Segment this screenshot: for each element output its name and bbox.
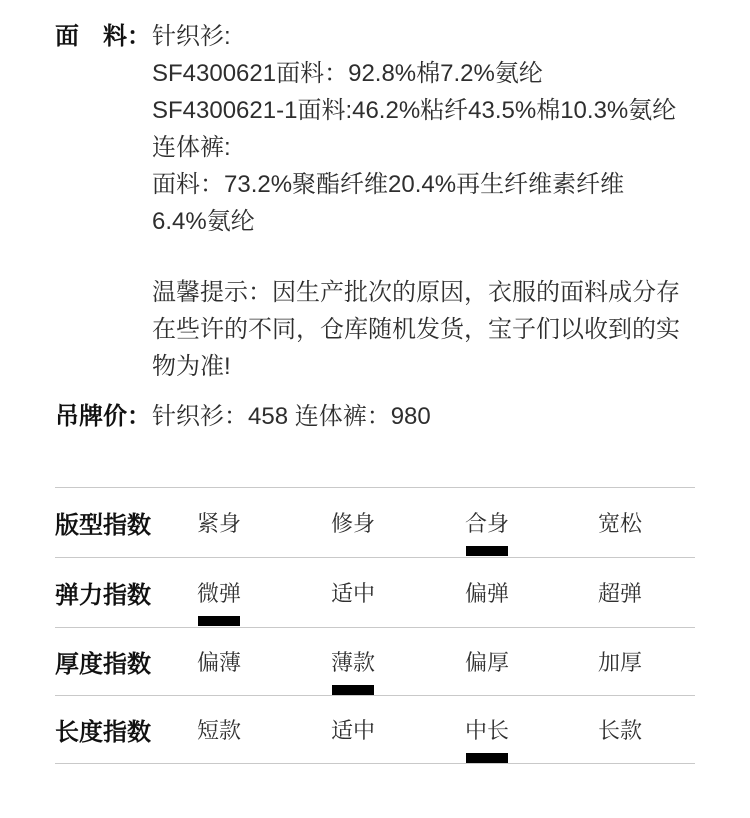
index-row-elasticity: 弹力指数 微弹 适中 偏弹 超弹 bbox=[55, 558, 695, 628]
row-label: 弹力指数 bbox=[55, 575, 197, 610]
tag-price-value: 针织衫：458 连体裤：980 bbox=[152, 398, 695, 435]
index-row-length: 长度指数 短款 适中 中长 长款 bbox=[55, 696, 695, 764]
selected-indicator-bar bbox=[466, 546, 508, 556]
selected-indicator-bar bbox=[332, 685, 374, 695]
option-cell: 紧身 bbox=[197, 507, 241, 538]
fabric-line: SF4300621面料：92.8%棉7.2%氨纶 bbox=[152, 55, 695, 92]
option-cell: 中长 bbox=[465, 714, 509, 745]
fabric-line: SF4300621-1面料:46.2%粘纤43.5%棉10.3%氨纶 bbox=[152, 92, 695, 129]
option-label: 修身 bbox=[331, 511, 375, 536]
option-cell: 微弹 bbox=[197, 577, 241, 608]
option-cell: 薄款 bbox=[331, 646, 375, 677]
notice-line: 在些许的不同，仓库随机发货，宝子们以收到的实 bbox=[152, 311, 695, 348]
row-label: 长度指数 bbox=[55, 712, 197, 747]
fabric-line: 针织衫: bbox=[152, 18, 695, 55]
option-cell: 偏厚 bbox=[465, 646, 509, 677]
option-label: 超弹 bbox=[598, 581, 642, 606]
option-cell: 修身 bbox=[331, 507, 375, 538]
notice-block: 温馨提示：因生产批次的原因，衣服的面料成分存 在些许的不同，仓库随机发货，宝子们… bbox=[152, 274, 695, 385]
fabric-line: 面料：73.2%聚酯纤维20.4%再生纤维素纤维 bbox=[152, 166, 695, 203]
option-cell: 偏弹 bbox=[465, 577, 509, 608]
option-label: 宽松 bbox=[598, 511, 642, 536]
option-cell: 合身 bbox=[465, 507, 509, 538]
selected-indicator-bar bbox=[466, 753, 508, 763]
option-label: 偏弹 bbox=[465, 581, 509, 606]
row-label: 版型指数 bbox=[55, 505, 197, 540]
option-label: 长款 bbox=[598, 718, 642, 743]
selected-indicator-bar bbox=[198, 616, 240, 626]
option-label: 薄款 bbox=[331, 650, 375, 675]
option-label: 紧身 bbox=[197, 511, 241, 536]
option-cell: 加厚 bbox=[598, 646, 642, 677]
option-cell: 长款 bbox=[598, 714, 642, 745]
option-label: 中长 bbox=[465, 718, 509, 743]
fabric-section: 面 料： 针织衫: SF4300621面料：92.8%棉7.2%氨纶 SF430… bbox=[55, 18, 695, 385]
option-label: 短款 bbox=[197, 718, 241, 743]
product-detail-section: 面 料： 针织衫: SF4300621面料：92.8%棉7.2%氨纶 SF430… bbox=[0, 0, 750, 818]
fit-index-table: 版型指数 紧身 修身 合身 宽松 弹力指数 微弹 bbox=[55, 487, 695, 764]
fabric-content: 针织衫: SF4300621面料：92.8%棉7.2%氨纶 SF4300621-… bbox=[152, 18, 695, 385]
option-cell: 适中 bbox=[331, 577, 375, 608]
index-row-thickness: 厚度指数 偏薄 薄款 偏厚 加厚 bbox=[55, 628, 695, 696]
fabric-line: 6.4%氨纶 bbox=[152, 203, 695, 240]
option-label: 合身 bbox=[465, 511, 509, 536]
tag-price-label: 吊牌价： bbox=[55, 398, 152, 435]
notice-line: 物为准! bbox=[152, 348, 695, 385]
option-label: 微弹 bbox=[197, 581, 241, 606]
option-cell: 适中 bbox=[331, 714, 375, 745]
tag-price-section: 吊牌价： 针织衫：458 连体裤：980 bbox=[55, 398, 695, 435]
fabric-line: 连体裤: bbox=[152, 129, 695, 166]
option-label: 加厚 bbox=[598, 650, 642, 675]
option-cell: 超弹 bbox=[598, 577, 642, 608]
option-label: 适中 bbox=[331, 581, 375, 606]
option-label: 偏厚 bbox=[465, 650, 509, 675]
option-label: 偏薄 bbox=[197, 650, 241, 675]
notice-line: 温馨提示：因生产批次的原因，衣服的面料成分存 bbox=[152, 274, 695, 311]
option-cell: 短款 bbox=[197, 714, 241, 745]
option-cell: 宽松 bbox=[598, 507, 642, 538]
option-cell: 偏薄 bbox=[197, 646, 241, 677]
row-label: 厚度指数 bbox=[55, 644, 197, 679]
index-row-fit: 版型指数 紧身 修身 合身 宽松 bbox=[55, 488, 695, 558]
fabric-label: 面 料： bbox=[55, 18, 152, 55]
option-label: 适中 bbox=[331, 718, 375, 743]
